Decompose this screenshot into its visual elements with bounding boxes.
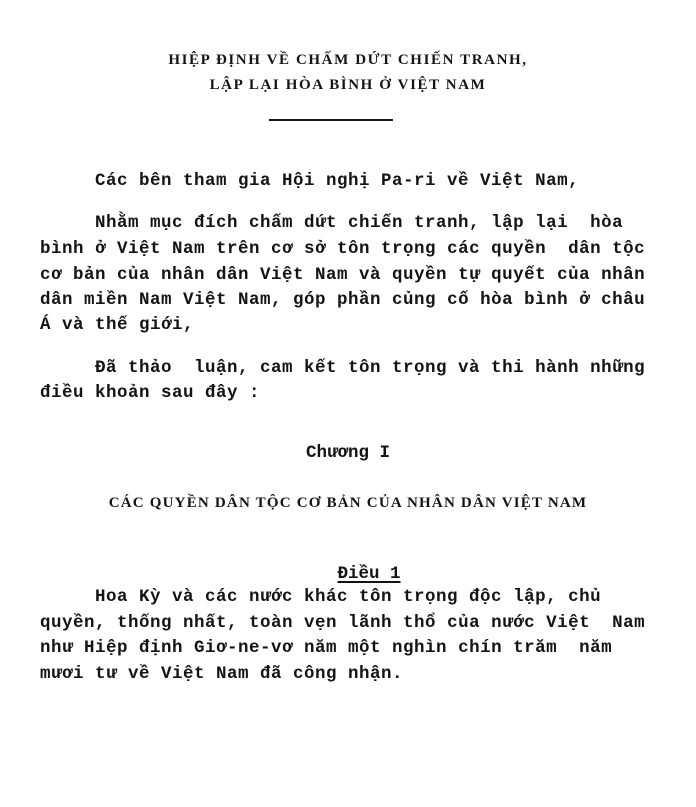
document-page: HIỆP ĐỊNH VỀ CHẤM DỨT CHIẾN TRANH, LẬP L…: [0, 0, 696, 807]
paragraph-line: bình ở Việt Nam trên cơ sở tôn trọng các…: [40, 239, 645, 259]
chapter-label: Chương I: [0, 443, 696, 463]
paragraph-line: Á và thế giới,: [40, 315, 194, 335]
preamble-address: Các bên tham gia Hội nghị Pa-ri về Việt …: [95, 171, 579, 191]
paragraph-line: cơ bản của nhân dân Việt Nam và quyền tự…: [40, 265, 645, 285]
chapter-heading: CÁC QUYỀN DÂN TỘC CƠ BẢN CỦA NHÂN DÂN VI…: [0, 493, 696, 513]
document-title-line-1: HIỆP ĐỊNH VỀ CHẤM DỨT CHIẾN TRANH,: [0, 50, 696, 70]
paragraph-line: mươi tư về Việt Nam đã công nhận.: [40, 664, 403, 684]
paragraph-line: Đã thảo luận, cam kết tôn trọng và thi h…: [95, 358, 645, 378]
title-divider: [269, 119, 393, 121]
paragraph-line: quyền, thống nhất, toàn vẹn lãnh thổ của…: [40, 613, 645, 633]
paragraph-line: điều khoản sau đây :: [40, 383, 260, 403]
paragraph-line: như Hiệp định Giơ-ne-vơ năm một nghìn ch…: [40, 638, 612, 658]
article-heading: Điều 1: [338, 564, 401, 584]
paragraph-line: dân miền Nam Việt Nam, góp phần củng cố …: [40, 290, 645, 310]
document-title-line-2: LẬP LẠI HÒA BÌNH Ở VIỆT NAM: [0, 75, 696, 95]
paragraph-line: Nhằm mục đích chấm dứt chiến tranh, lập …: [95, 213, 623, 233]
paragraph-line: Hoa Kỳ và các nước khác tôn trọng độc lậ…: [95, 587, 601, 607]
